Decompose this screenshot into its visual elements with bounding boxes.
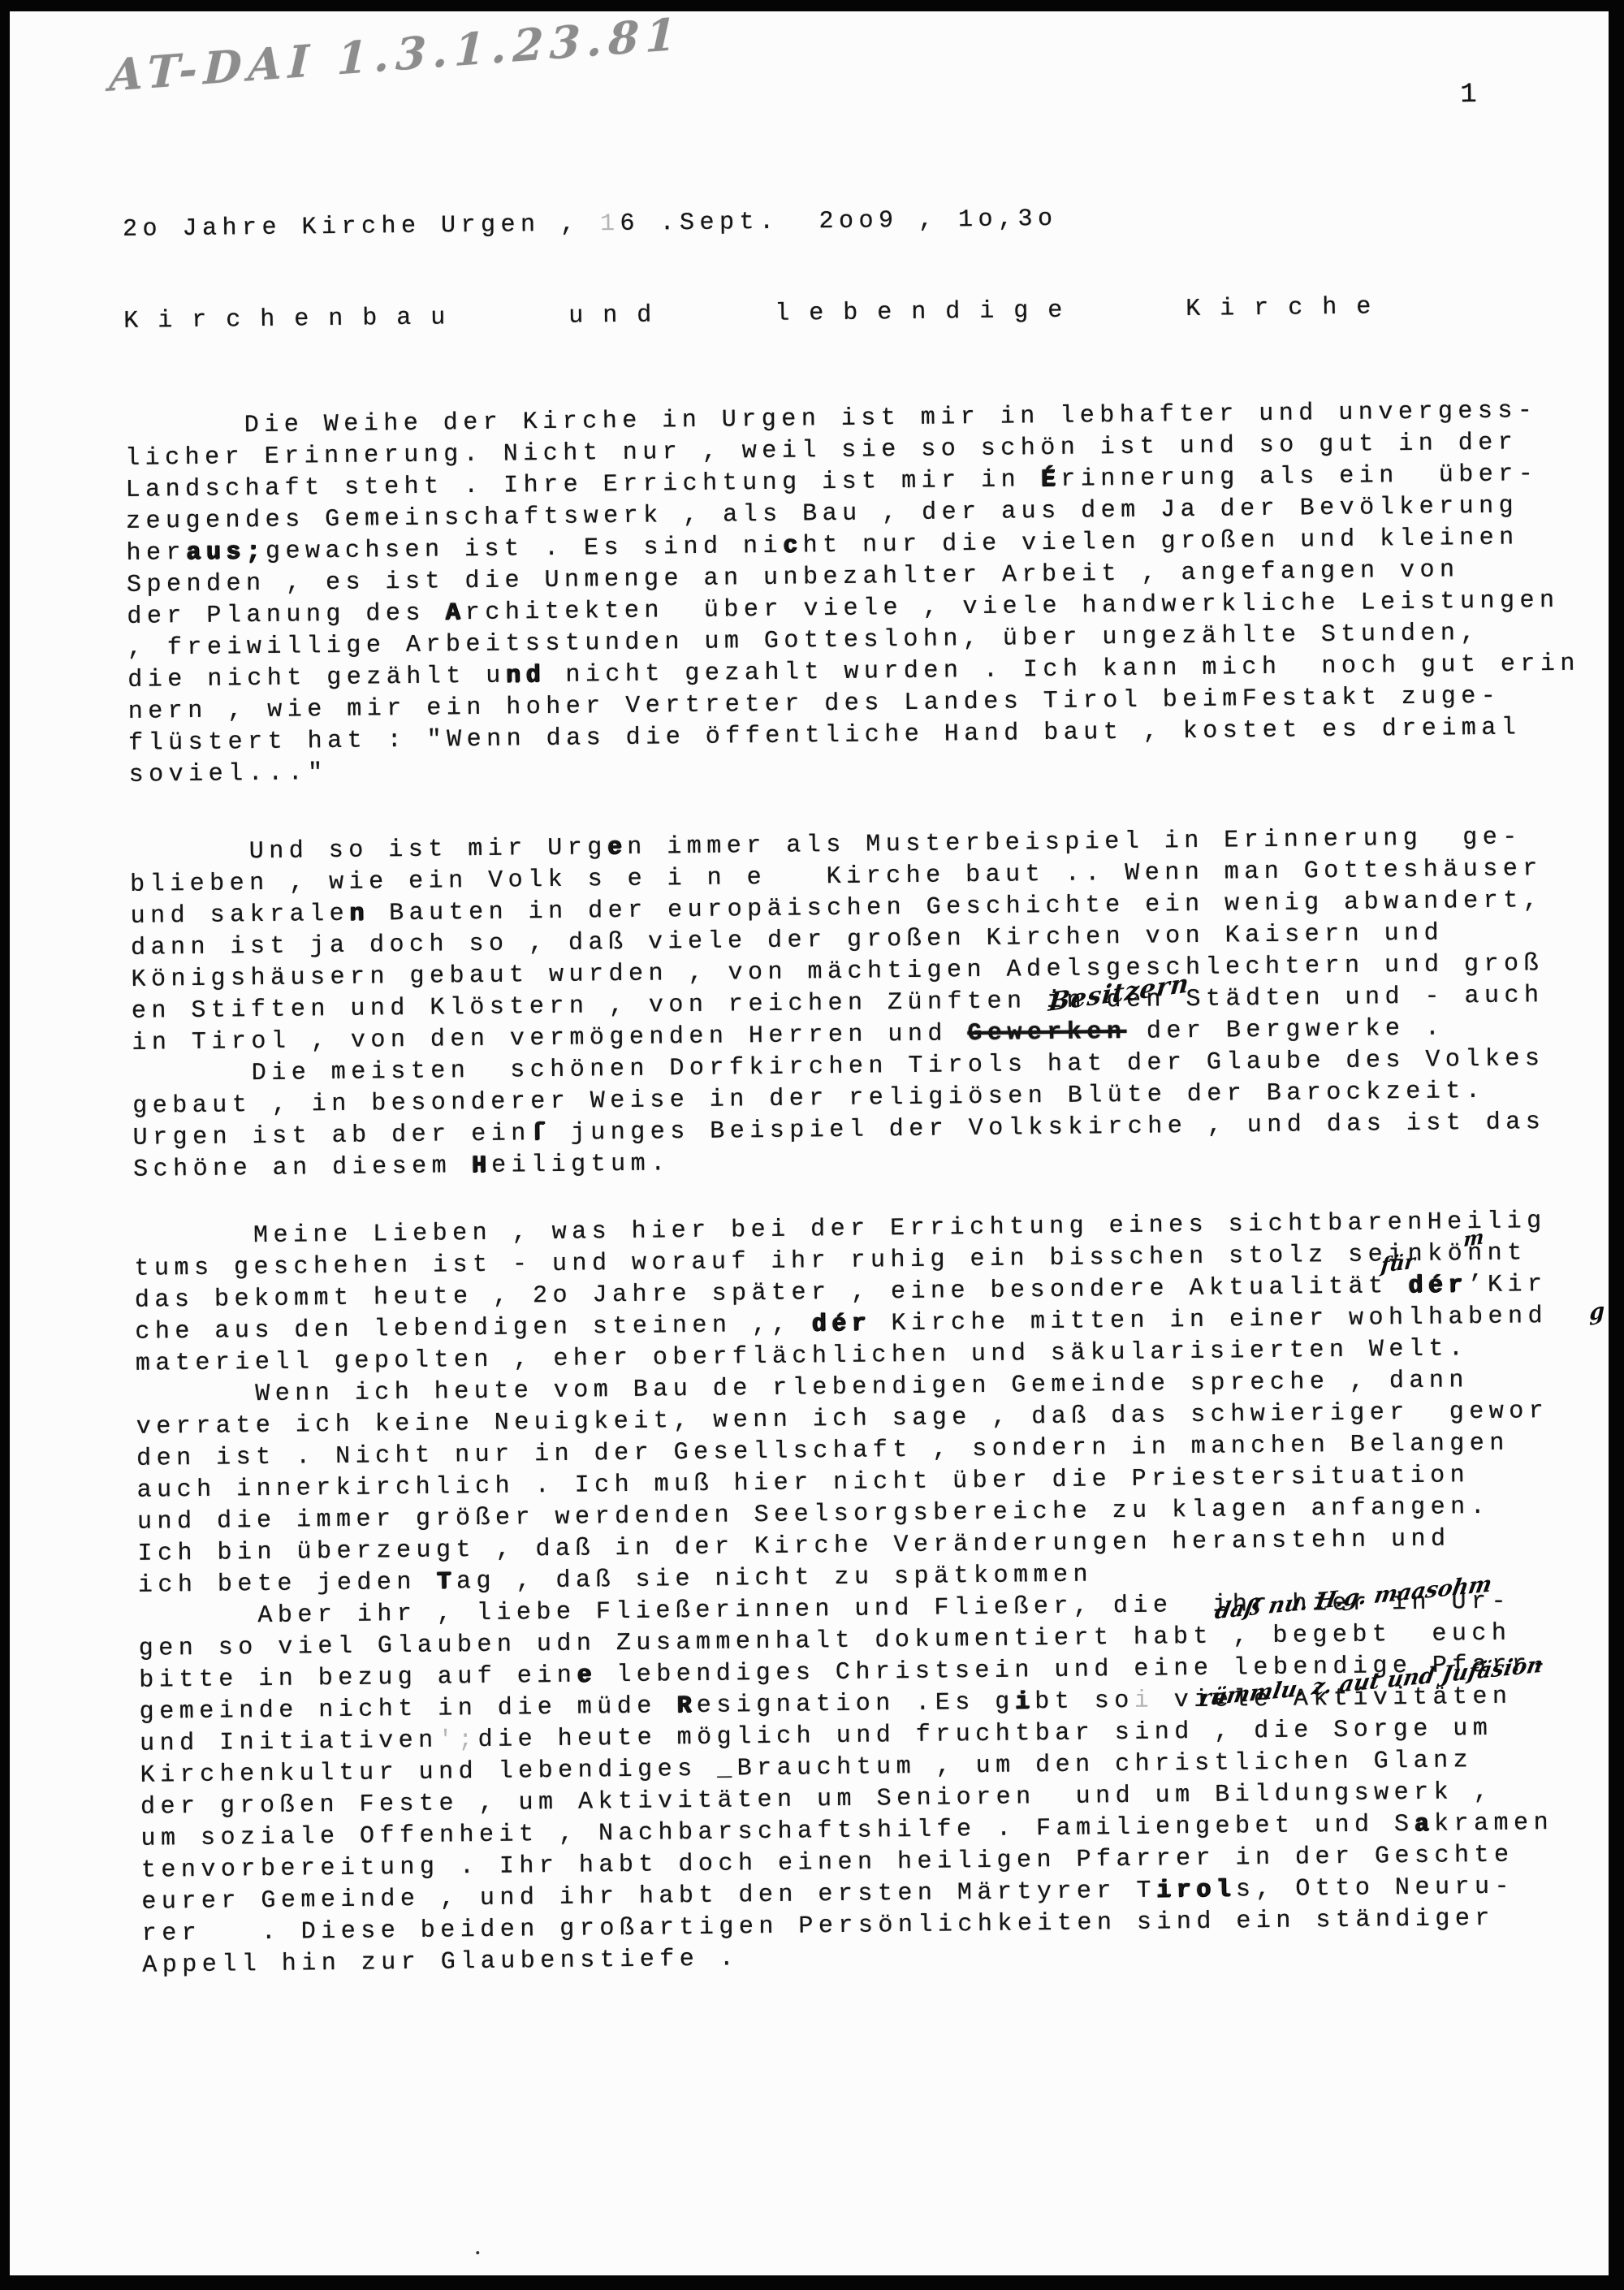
handwritten-mark-g: g bbox=[1589, 1298, 1605, 1326]
scanned-document-page: AT-DAI 1.3.1.23.81 1 2o Jahre Kirche Urg… bbox=[0, 0, 1624, 2290]
text-line: 2o Jahre Kirche Urgen , 16 .Sept. 2oo9 ,… bbox=[123, 204, 1058, 246]
paper-sheet: AT-DAI 1.3.1.23.81 1 2o Jahre Kirche Urg… bbox=[10, 11, 1609, 2275]
scan-content: AT-DAI 1.3.1.23.81 1 2o Jahre Kirche Urg… bbox=[10, 11, 1609, 2275]
handwritten-note-line2: rümmlu. z. aut und Jufäsion bbox=[1197, 1650, 1545, 1713]
handwritten-mark-m: m bbox=[1462, 1225, 1484, 1251]
typewritten-body: 2o Jahre Kirche Urgen , 16 .Sept. 2oo9 ,… bbox=[10, 11, 1595, 15]
handwritten-note: daß nu. H.g. maasohm rümmlu. z. aut und … bbox=[1186, 1505, 1572, 1771]
text-line: Kirchenbau und lebendige Kirche bbox=[123, 292, 1390, 338]
page-number: 1 bbox=[1460, 80, 1480, 110]
paragraph-2-3: Und so ist mir Urgen immer als Musterbei… bbox=[130, 822, 1547, 1186]
handwritten-archive-code: AT-DAI 1.3.1.23.81 bbox=[108, 11, 683, 102]
handwritten-note-line1: daß nu. H.g. maasohm bbox=[1212, 1563, 1561, 1627]
paragraph-1: Die Weihe der Kirche in Urgen ist mir in… bbox=[125, 395, 1582, 792]
document-heading: Kirchenbau und lebendige Kirche bbox=[123, 292, 1390, 338]
scan-speck bbox=[277, 1161, 279, 1164]
scan-speck bbox=[476, 2251, 479, 2254]
title-line: 2o Jahre Kirche Urgen , 16 .Sept. 2oo9 ,… bbox=[123, 204, 1058, 246]
handwritten-insertion-mark: für bbox=[1380, 1249, 1416, 1277]
